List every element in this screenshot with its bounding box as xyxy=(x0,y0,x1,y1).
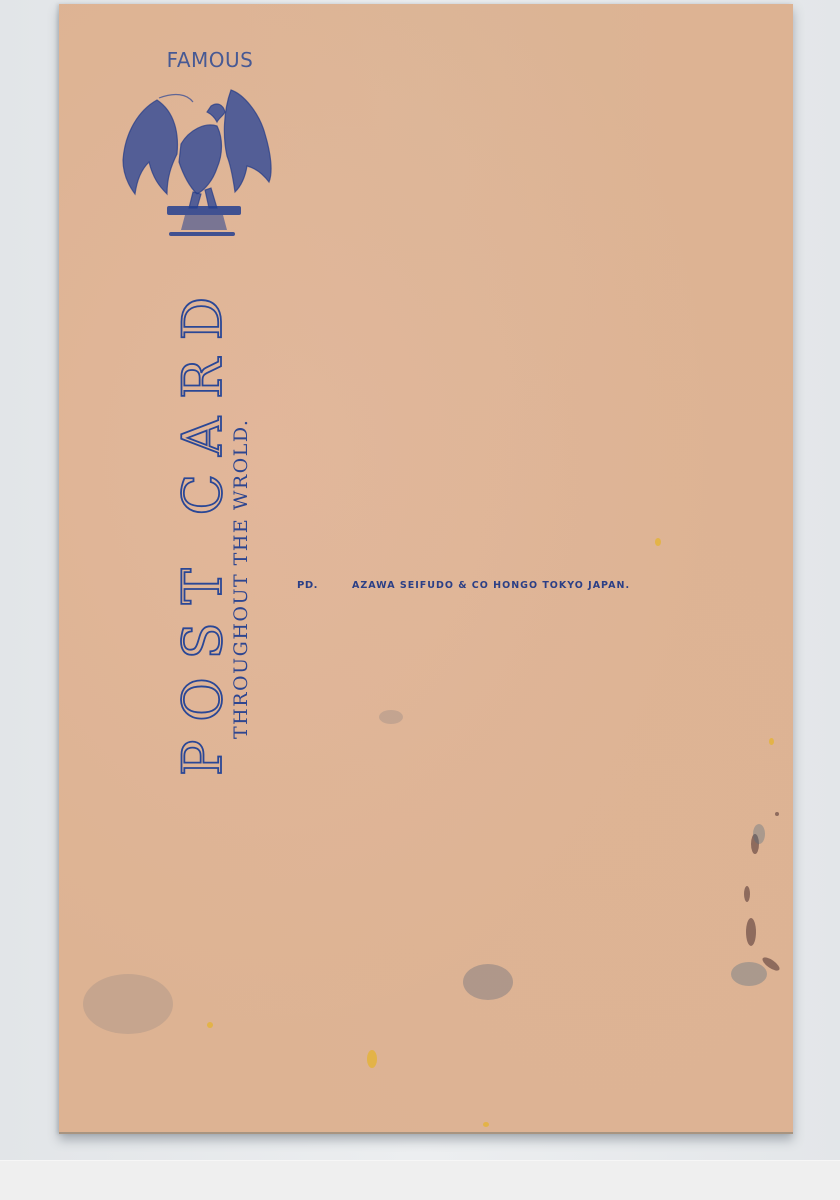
yellow-stain xyxy=(207,1022,213,1028)
yellow-stain xyxy=(769,738,774,745)
eagle-on-perch-icon xyxy=(119,82,279,242)
ink-smudge xyxy=(709,804,789,994)
footer-strip xyxy=(0,1160,840,1200)
yellow-stain xyxy=(483,1122,489,1127)
famous-stamp-label: FAMOUS xyxy=(155,48,265,72)
publisher-prefix: PD. xyxy=(297,580,318,591)
grey-speckle xyxy=(83,974,173,1034)
yellow-stain xyxy=(367,1050,377,1068)
grey-speckle xyxy=(463,964,513,1000)
postcard-back: FAMOUS POST CARD THROUGHOUT THE WROLD. P… xyxy=(59,4,793,1134)
postcard-title: POST CARD xyxy=(173,356,233,776)
grey-speckle xyxy=(379,710,403,724)
yellow-stain xyxy=(655,538,661,546)
postcard-subtitle: THROUGHOUT THE WROLD. xyxy=(229,394,253,739)
publisher-imprint: AZAWA SEIFUDO & CO HONGO TOKYO JAPAN. xyxy=(352,580,630,591)
